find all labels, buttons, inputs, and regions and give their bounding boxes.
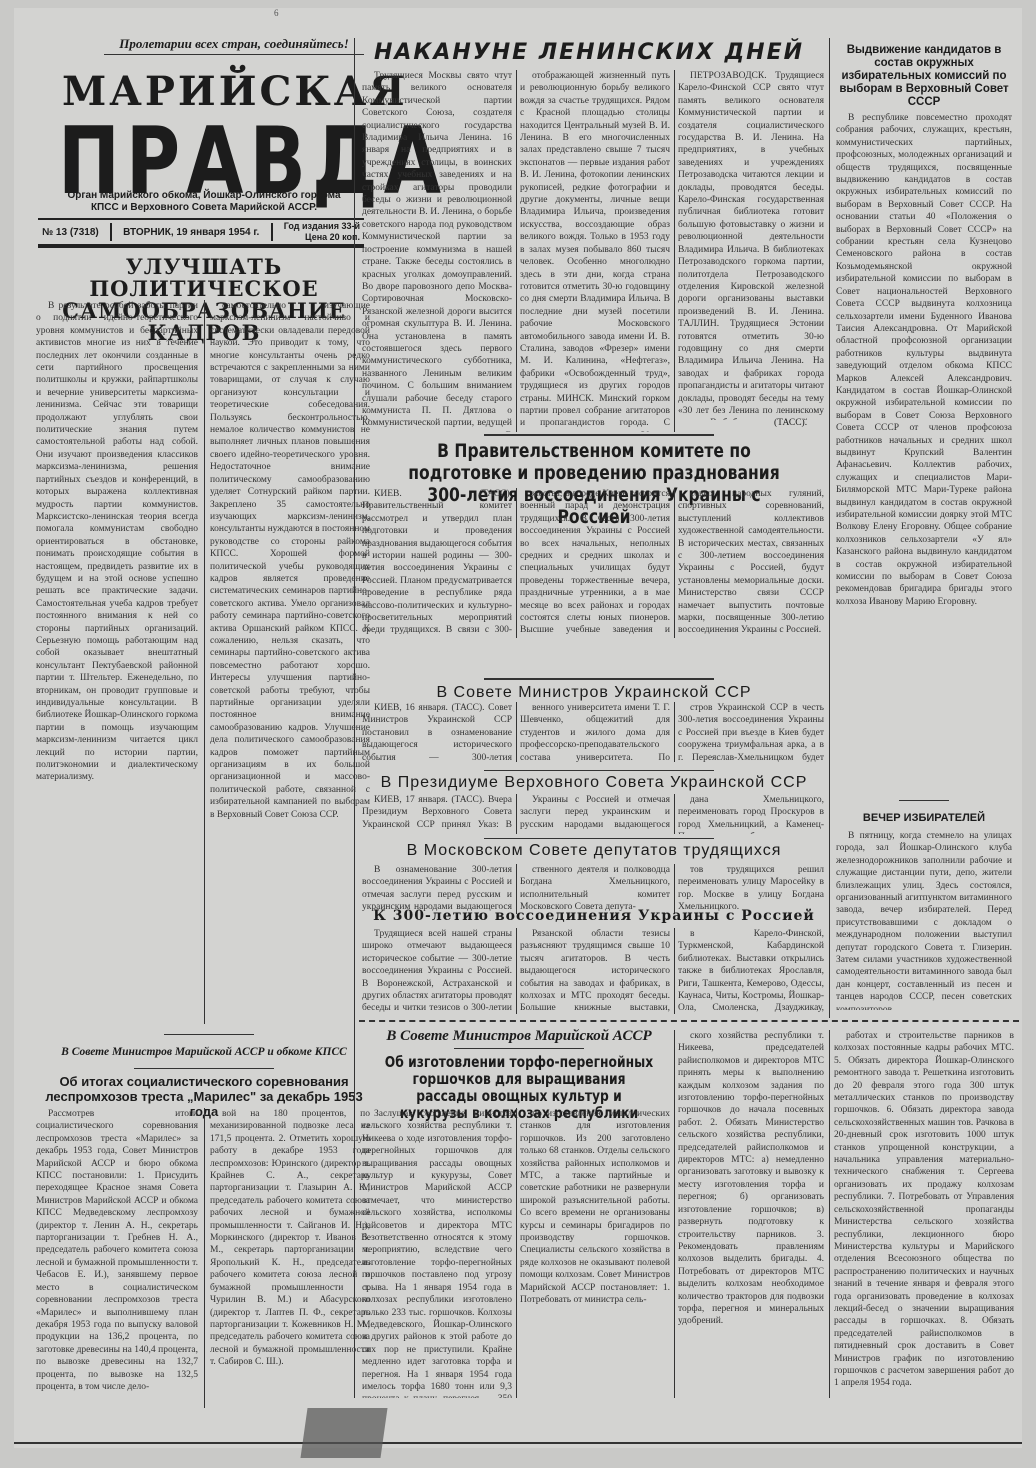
- committee-col3: совых народных гуляний, спортивных сорев…: [678, 488, 824, 638]
- issue-bar: № 13 (7318) ВТОРНИК, 19 января 1954 г. Г…: [38, 218, 364, 248]
- moscow-council-headline: В Московском Совете депутатов трудящихся: [359, 842, 829, 860]
- column-rule: [674, 488, 675, 638]
- year-of-publication: Год издания 33-й: [284, 221, 360, 232]
- cadres-col1: В результате особой заботы партии о подн…: [36, 300, 198, 1024]
- corner-mark: 6: [274, 8, 364, 18]
- column-rule: [516, 928, 517, 1014]
- section-rule: [484, 678, 714, 680]
- issue-meta: Год издания 33-й Цена 20 коп.: [280, 221, 364, 243]
- moscow-council-col2: ственного деятеля и полководца Богдана Х…: [520, 864, 670, 914]
- evening-body: В пятницу, когда стемнело на улицах горо…: [836, 830, 1012, 1010]
- issue-date: ВТОРНИК, 19 января 1954 г.: [119, 227, 263, 238]
- peat-col4: работах и строительстве парников в колхо…: [834, 1030, 1014, 1398]
- anniversary-col1: Трудящиеся всей нашей страны широко отме…: [362, 928, 512, 1014]
- column-rule: [516, 702, 517, 762]
- committee-col1: КИЕВ. (ТАСС). Правительственный комитет …: [362, 488, 512, 638]
- column-rule: [674, 864, 675, 914]
- library-stamp: [300, 1408, 387, 1458]
- motto: Пролетарии всех стран, соединяйтесь!: [104, 36, 364, 55]
- section-rule: [484, 770, 714, 771]
- column-rule: [516, 70, 517, 432]
- column-rule: [516, 1108, 517, 1398]
- rubric-rule: [134, 1068, 274, 1069]
- issue-number: № 13 (7318): [38, 227, 103, 238]
- organ-line: Орган Марийского обкома, Йошкар-Олинског…: [54, 190, 354, 214]
- candidates-body: В республике повсеместно проходят собран…: [836, 112, 1012, 762]
- column-rule: [674, 702, 675, 762]
- newspaper-page: 6 Пролетарии всех стран, соединяйтесь! М…: [14, 8, 1022, 1448]
- bottom-rule: [14, 1442, 1022, 1444]
- ukr-ministers-col3: стров Украинской ССР в честь 300-летия в…: [678, 702, 824, 762]
- divider: [271, 223, 273, 241]
- column-rule: [674, 70, 675, 432]
- column-rule: [829, 1030, 830, 1398]
- section-rule: [484, 838, 714, 839]
- candidates-headline: Выдвижение кандидатов в состав окружных …: [834, 44, 1014, 109]
- lenin-days-headline: НАКАНУНЕ ЛЕНИНСКИХ ДНЕЙ: [359, 40, 819, 65]
- column-rule: [516, 794, 517, 834]
- marilles-rubric: В Совете Министров Марийской АССР и обко…: [44, 1046, 364, 1058]
- rubric-rule: [454, 1048, 584, 1049]
- column-rule: [204, 1108, 205, 1408]
- marilles-col1: Рассмотрев итоги социалистического сорев…: [36, 1108, 198, 1408]
- column-rule: [516, 488, 517, 638]
- lenin-days-col3: ПЕТРОЗАВОДСК. Трудящиеся Карело-Финской …: [678, 70, 824, 420]
- column-rule: [674, 928, 675, 1014]
- ukr-presidium-col3: дана Хмельницкого, переименовать город П…: [678, 794, 824, 834]
- column-rule: [204, 300, 205, 1024]
- page-rule: [354, 38, 355, 1398]
- anniversary-col2: Рязанской области тезисы разъясняют труд…: [520, 928, 670, 1014]
- cadres-col2: самостоятельно изучающие марксизм-ленини…: [210, 300, 370, 1024]
- peat-col3: ского хозяйства республики т. Никеева, п…: [678, 1030, 824, 1398]
- peat-col1: Заслушав сообщение министра сельского хо…: [362, 1108, 512, 1398]
- section-rule: [899, 800, 949, 801]
- lenin-days-col2: отображающей жизненный путь и революцион…: [520, 70, 670, 432]
- ukr-presidium-col2: Украины с Россией и отмечая заслуги пере…: [520, 794, 670, 834]
- ukr-ministers-col1: КИЕВ, 16 января. (ТАСС). Совет Министров…: [362, 702, 512, 762]
- page-rule: [829, 38, 830, 1018]
- price: Цена 20 коп.: [284, 232, 360, 243]
- column-rule: [674, 794, 675, 834]
- moscow-council-col3: тов трудящихся решил переименовать улицу…: [678, 864, 824, 914]
- column-rule: [674, 1030, 675, 1398]
- ukr-ministers-headline: В Совете Министров Украинской ССР: [359, 684, 829, 702]
- anniversary-headline: К 300-летию воссоединения Украины с Росс…: [359, 908, 829, 924]
- lenin-days-col1: Трудящиеся Москвы свято чтут память вели…: [362, 70, 512, 432]
- moscow-council-col1: В ознаменование 300-летия воссоединения …: [362, 864, 512, 914]
- marilles-col2: вой на 180 процентов, по механизированно…: [210, 1108, 370, 1408]
- ukr-presidium-headline: В Президиуме Верховного Совета Украинско…: [359, 774, 829, 792]
- anniversary-col3: в Карело-Финской, Туркменской, Кабардинс…: [678, 928, 824, 1014]
- wavy-rule: [359, 1020, 1019, 1026]
- committee-col2: жества, в городе Киеве состоится военный…: [520, 488, 670, 638]
- tass-credit: (ТАСС).: [774, 418, 807, 428]
- ukr-presidium-col1: КИЕВ, 17 января. (ТАСС). Вчера Президиум…: [362, 794, 512, 834]
- evening-headline: ВЕЧЕР ИЗБИРАТЕЛЕЙ: [834, 812, 1014, 824]
- divider: [110, 223, 112, 241]
- ornament-rule: [164, 1034, 254, 1035]
- section-rule: [484, 434, 714, 436]
- peat-rubric: В Совете Министров Марийской АССР: [359, 1028, 679, 1045]
- column-rule: [516, 864, 517, 914]
- peat-col2: по изготовлению металлических станков дл…: [520, 1108, 670, 1398]
- ukr-ministers-col2: венного университета имени Т. Г. Шевченк…: [520, 702, 670, 762]
